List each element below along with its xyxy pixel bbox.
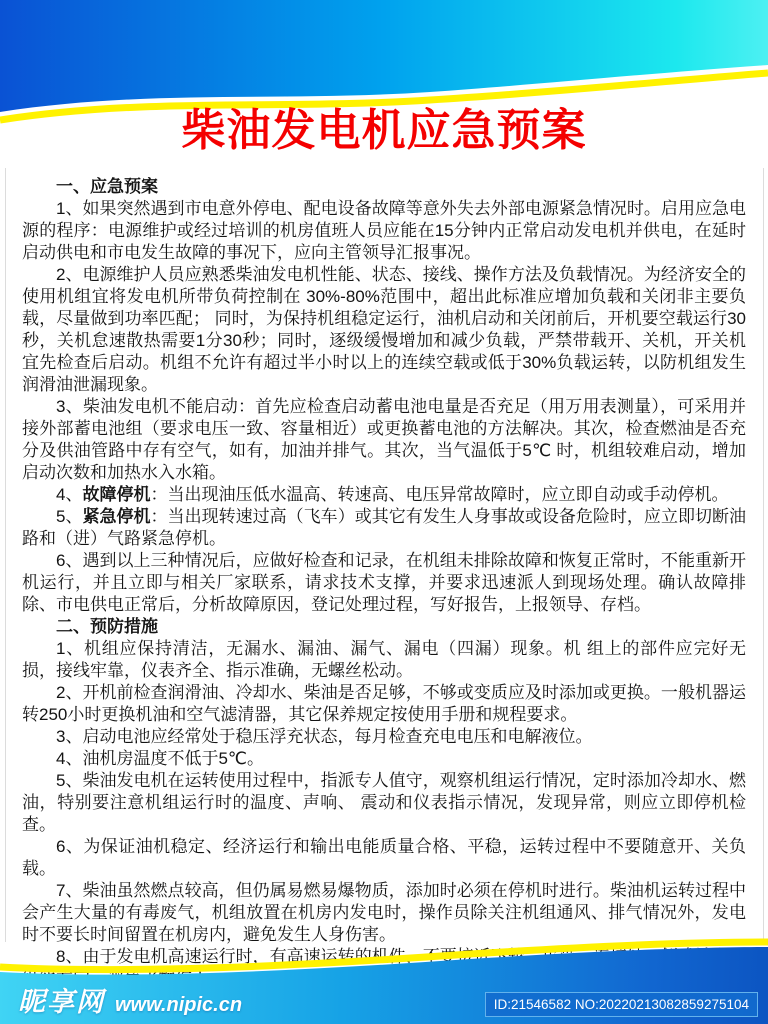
section-heading: 一、应急预案 — [22, 176, 746, 198]
paragraph: 1、如果突然遇到市电意外停电、配电设备故障等意外失去外部电源紧急情况时。启用应急… — [22, 198, 746, 264]
section-heading: 二、预防措施 — [22, 616, 746, 638]
document-body: 一、应急预案1、如果突然遇到市电意外停电、配电设备故障等意外失去外部电源紧急情况… — [22, 176, 746, 1012]
paragraph: 6、遇到以上三种情况后，应做好检查和记录，在机组未排除故障和恢复正常时，不能重新… — [22, 550, 746, 616]
image-id-badge: ID:21546582 NO:20220213082859275104 — [485, 992, 758, 1017]
paragraph-bold-lead: 紧急停机 — [82, 507, 150, 526]
paragraph: 2、开机前检查润滑油、冷却水、柴油是否足够，不够或变质应及时添加或更换。一般机器… — [22, 682, 746, 726]
paragraph: 5、柴油发电机在运转使用过程中，指派专人值守，观察机组运行情况，定时添加冷却水、… — [22, 770, 746, 836]
left-edge-line — [5, 168, 6, 942]
page-title: 柴油发电机应急预案 — [22, 102, 746, 160]
paragraph: 6、为保证油机稳定、经济运行和输出电能质量合格、平稳，运转过程中不要随意开、关负… — [22, 836, 746, 880]
document-content: 柴油发电机应急预案 一、应急预案1、如果突然遇到市电意外停电、配电设备故障等意外… — [22, 102, 746, 1012]
paragraph: 3、启动电池应经常处于稳压浮充状态，每月检查充电电压和电解液位。 — [22, 726, 746, 748]
paragraph: 1、机组应保持清洁，无漏水、漏油、漏气、漏电（四漏）现象。机 组上的部件应完好无… — [22, 638, 746, 682]
paragraph: 4、油机房温度不低于5℃。 — [22, 748, 746, 770]
right-edge-line — [763, 168, 764, 942]
poster-page: 柴油发电机应急预案 一、应急预案1、如果突然遇到市电意外停电、配电设备故障等意外… — [0, 0, 768, 1024]
paragraph: 3、柴油发电机不能启动：首先应检查启动蓄电池电量是否充足（用万用表测量），可采用… — [22, 396, 746, 484]
watermark-site-url: www.nipic.cn — [115, 994, 242, 1016]
watermark: 昵享网www.nipic.cn — [18, 980, 242, 1019]
paragraph: 2、电源维护人员应熟悉柴油发电机性能、状态、接线、操作方法及负载情况。为经济安全… — [22, 264, 746, 396]
paragraph: 5、紧急停机：当出现转速过高（飞车）或其它有发生人身事故或设备危险时，应立即切断… — [22, 506, 746, 550]
paragraph-bold-lead: 故障停机 — [82, 485, 150, 504]
watermark-site-name: 昵享网 — [18, 987, 105, 1017]
paragraph: 4、故障停机：当出现油压低水温高、转速高、电压异常故障时，应立即自动或手动停机。 — [22, 484, 746, 506]
